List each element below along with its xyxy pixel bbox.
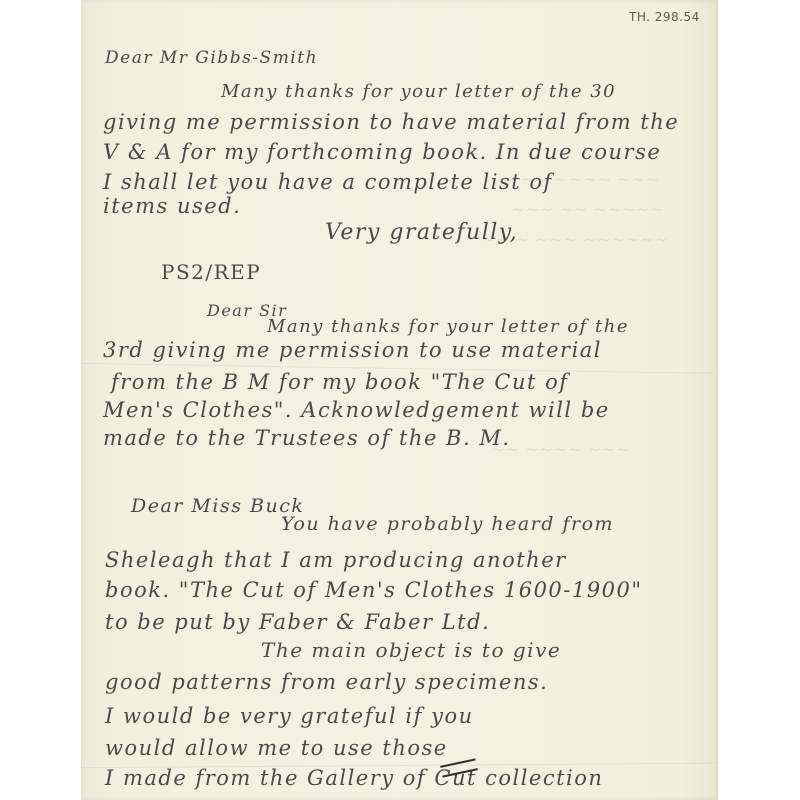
letter-line: items used. bbox=[103, 196, 241, 217]
closing: Very gratefully, bbox=[325, 222, 518, 244]
letter-line: V & A for my forthcoming book. In due co… bbox=[103, 142, 661, 163]
letter-line: would allow me to use those bbox=[105, 738, 448, 759]
letter-line: The main object is to give bbox=[261, 640, 561, 660]
reference-heading: PS2/REP bbox=[161, 262, 261, 282]
letter-line: book. "The Cut of Men's Clothes 1600-190… bbox=[105, 580, 643, 601]
letter-line: You have probably heard from bbox=[281, 515, 614, 534]
letter-line: giving me permission to have material fr… bbox=[103, 112, 679, 133]
letter-line: Many thanks for your letter of the 30 bbox=[221, 83, 616, 101]
letter-line: 3rd giving me permission to use material bbox=[103, 340, 602, 361]
salutation: Dear Miss Buck bbox=[131, 497, 304, 516]
letter-line: I would be very grateful if you bbox=[105, 706, 474, 727]
letter-line: Many thanks for your letter of the bbox=[267, 318, 629, 336]
show-through-text: ~~~ ~~ ~~~~~ bbox=[511, 200, 664, 220]
letter-line: I shall let you have a complete list of bbox=[103, 172, 553, 193]
letter-line: good patterns from early specimens. bbox=[105, 672, 548, 693]
letter-line: from the B M for my book "The Cut of bbox=[111, 372, 569, 393]
letter-page: ~ ~~ ~~~~ ~~~ ~~~ ~~ ~~~~~ ~~ ~ ~~~ ~~~~… bbox=[81, 0, 718, 800]
letter-line: made to the Trustees of the B. M. bbox=[103, 428, 511, 449]
letter-line: Men's Clothes". Acknowledgement will be bbox=[103, 400, 610, 421]
reference-number: TH. 298.54 bbox=[629, 10, 700, 24]
salutation: Dear Mr Gibbs-Smith bbox=[105, 50, 318, 67]
letter-line: I made from the Gallery of Cut collectio… bbox=[105, 768, 603, 789]
letter-line: Sheleagh that I am producing another bbox=[105, 550, 567, 571]
letter-line: to be put by Faber & Faber Ltd. bbox=[105, 612, 490, 633]
show-through-text: ~~ ~~~~ ~~~ bbox=[491, 440, 630, 460]
